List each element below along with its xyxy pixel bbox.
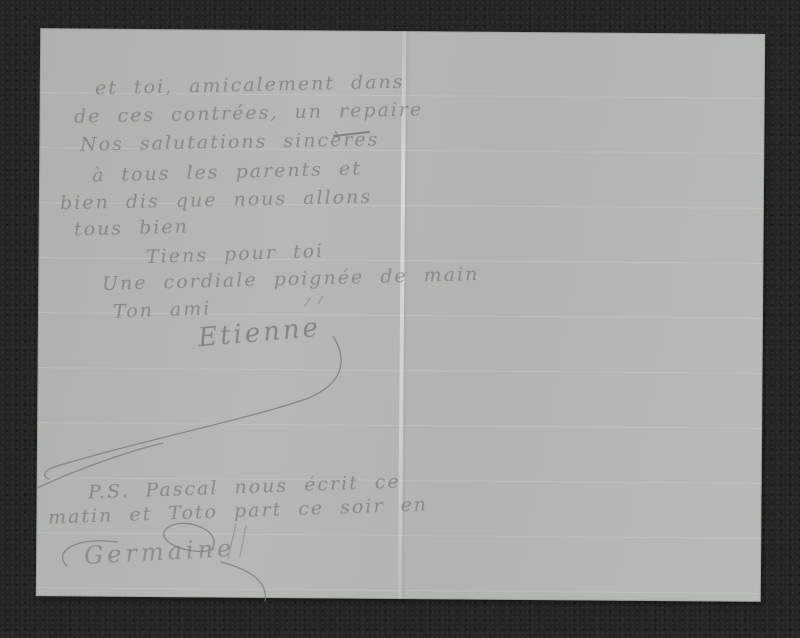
signature: Etienne — [197, 313, 322, 354]
handwritten-line-8: Une cordiale poignée de main — [102, 263, 480, 295]
handwritten-line-5: bien dis que nous allons — [60, 186, 372, 215]
handwritten-line-6: tous bien — [74, 216, 189, 241]
postscript-flourish-word: Germaine — [83, 534, 236, 570]
handwritten-line-7: Tiens pour toi — [146, 240, 325, 268]
signature-flourish-tail — [45, 336, 341, 479]
handwritten-line-1: et toi, amicalement dans — [95, 71, 405, 99]
tick-marks — [305, 296, 323, 306]
handwritten-line-3: Nos salutations sincères — [80, 128, 380, 155]
handwritten-line-9: Ton ami — [113, 297, 212, 322]
scan-background: et toi, amicalement dans de ces contrées… — [0, 0, 800, 638]
handwritten-line-4: à tous les parents et — [92, 157, 362, 186]
handwritten-line-2: de ces contrées, un repaire — [74, 98, 424, 127]
handwriting-layer: et toi, amicalement dans de ces contrées… — [0, 0, 800, 638]
postscript-word-tail — [221, 562, 265, 601]
